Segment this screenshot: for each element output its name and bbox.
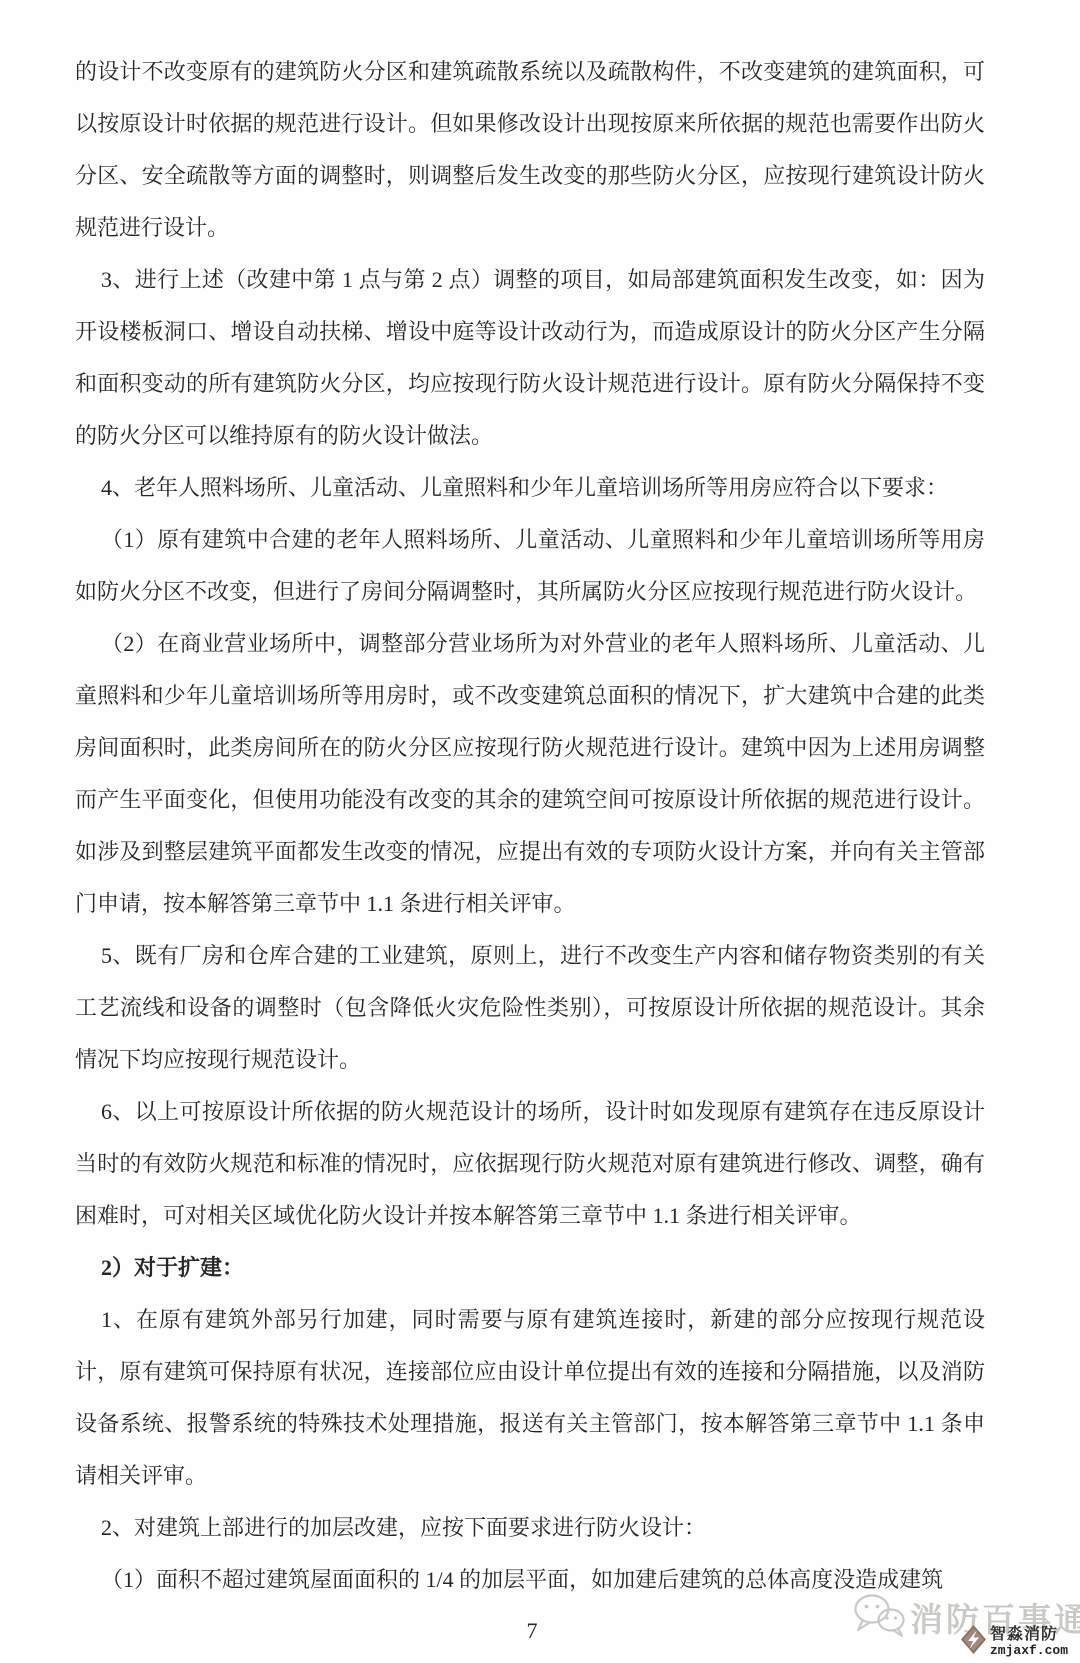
brand-domain: zmjaxf.com [990,1644,1068,1658]
paragraph: 4、老年人照料场所、儿童活动、儿童照料和少年儿童培训场所等用房应符合以下要求： [75,462,985,514]
scanned-document-page: 的设计不改变原有的建筑防火分区和建筑疏散系统以及疏散构件，不改变建筑的建筑面积，… [0,0,1080,1663]
paragraph: 1、在原有建筑外部另行加建，同时需要与原有建筑连接时，新建的部分应按现行规范设计… [75,1294,985,1502]
brand-name: 智淼消防 [990,1627,1068,1644]
paragraph: （2）在商业营业场所中，调整部分营业场所为对外营业的老年人照料场所、儿童活动、儿… [75,618,985,930]
brand-logo: 智淼消防 zmjaxf.com [960,1624,1068,1660]
paragraph: （1）面积不超过建筑屋面面积的 1/4 的加层平面，如加建后建筑的总体高度没造成… [75,1554,985,1606]
diamond-lightning-icon [960,1624,987,1660]
paragraph: 的设计不改变原有的建筑防火分区和建筑疏散系统以及疏散构件，不改变建筑的建筑面积，… [75,46,985,254]
paragraph: （1）原有建筑中合建的老年人照料场所、儿童活动、儿童照料和少年儿童培训场所等用房… [75,514,985,618]
brand-text-block: 智淼消防 zmjaxf.com [990,1627,1068,1657]
paragraph: 6、以上可按原设计所依据的防火规范设计的场所，设计时如发现原有建筑存在违反原设计… [75,1086,985,1242]
wechat-chat-bubbles-icon [852,1592,906,1643]
document-body: 的设计不改变原有的建筑防火分区和建筑疏散系统以及疏散构件，不改变建筑的建筑面积，… [75,46,985,1606]
paragraph: 3、进行上述（改建中第 1 点与第 2 点）调整的项目，如局部建筑面积发生改变，… [75,254,985,462]
paragraph: 2）对于扩建： [75,1242,985,1294]
paragraph: 5、既有厂房和仓库合建的工业建筑，原则上，进行不改变生产内容和储存物资类别的有关… [75,930,985,1086]
paragraph: 2、对建筑上部进行的加层改建，应按下面要求进行防火设计： [75,1502,985,1554]
